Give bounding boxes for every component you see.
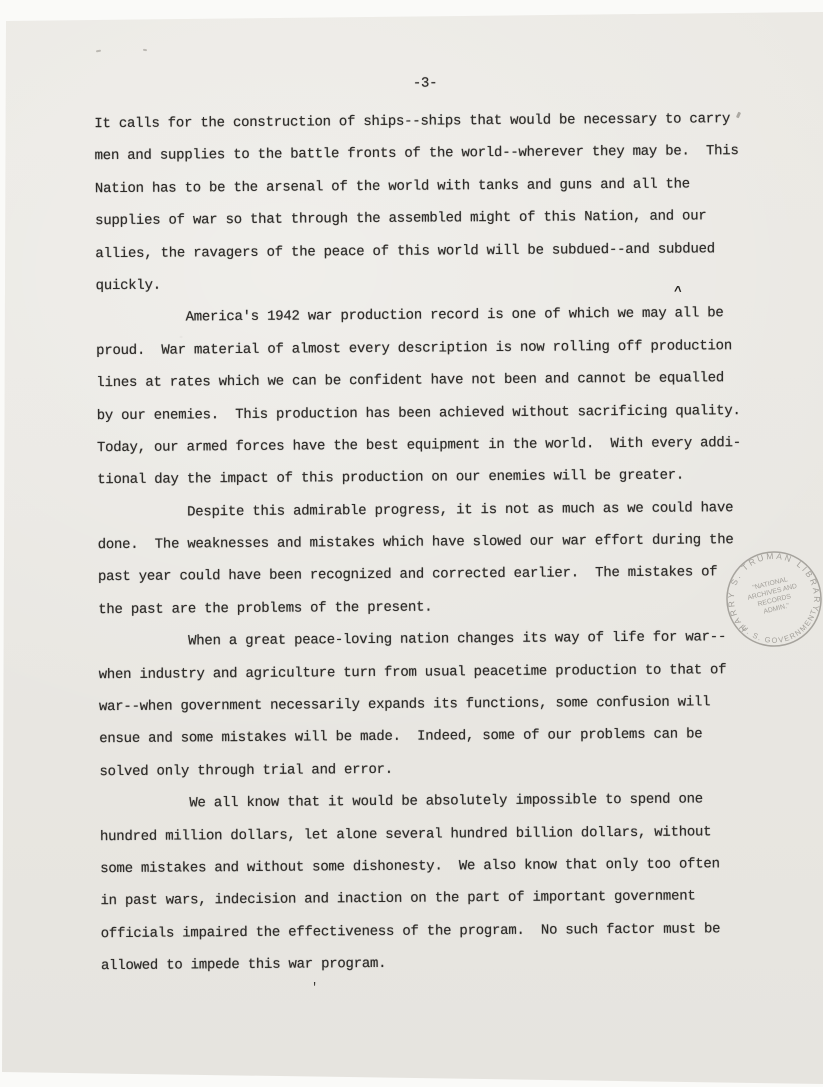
text-line: Nation has to be the arsenal of the worl… (95, 168, 747, 206)
text-line: men and supplies to the battle fronts of… (95, 135, 747, 173)
text-line: America's 1942 war production record is … (96, 297, 748, 335)
text-line: Today, our armed forces have the best eq… (97, 427, 749, 465)
text-line: Despite this admirable progress, it is n… (97, 492, 749, 530)
text-line: tional day the impact of this production… (97, 459, 749, 497)
text-line: allies, the ravagers of the peace of thi… (95, 233, 747, 271)
stray-ink-mark: ' (311, 981, 318, 995)
text-line: supplies of war so that through the asse… (95, 200, 747, 238)
text-line: quickly. (96, 265, 748, 303)
text-line: solved only through trial and error. (99, 751, 751, 789)
page-number: -3- (94, 71, 746, 96)
text-line: We all know that it would be absolutely … (100, 783, 752, 821)
text-line: lines at rates which we can be confident… (96, 362, 748, 400)
document-body: It calls for the construction of ships--… (94, 103, 753, 983)
text-line: war--when government necessarily expands… (99, 686, 751, 724)
text-line: when industry and agriculture turn from … (99, 654, 751, 692)
text-line: the past are the problems of the present… (98, 589, 750, 627)
text-line: It calls for the construction of ships--… (94, 103, 746, 141)
text-line: hundred million dollars, let alone sever… (100, 816, 752, 854)
typewritten-text-block: -3- It calls for the construction of shi… (94, 71, 753, 983)
text-line: officials impaired the effectiveness of … (101, 913, 753, 951)
dust-speck (143, 49, 147, 51)
text-line: When a great peace-loving nation changes… (98, 621, 750, 659)
text-line: done. The weaknesses and mistakes which … (98, 524, 750, 562)
text-line: ensue and some mistakes will be made. In… (99, 718, 751, 756)
text-line: in past wars, indecision and inaction on… (100, 880, 752, 918)
text-line: proud. War material of almost every desc… (96, 330, 748, 368)
text-line: by our enemies. This production has been… (97, 395, 749, 433)
handwritten-insertion-caret: ^ (673, 284, 682, 300)
text-line: past year could have been recognized and… (98, 556, 750, 594)
text-line: allowed to impede this war program. (101, 945, 753, 983)
text-line: some mistakes and without some dishonest… (100, 848, 752, 886)
